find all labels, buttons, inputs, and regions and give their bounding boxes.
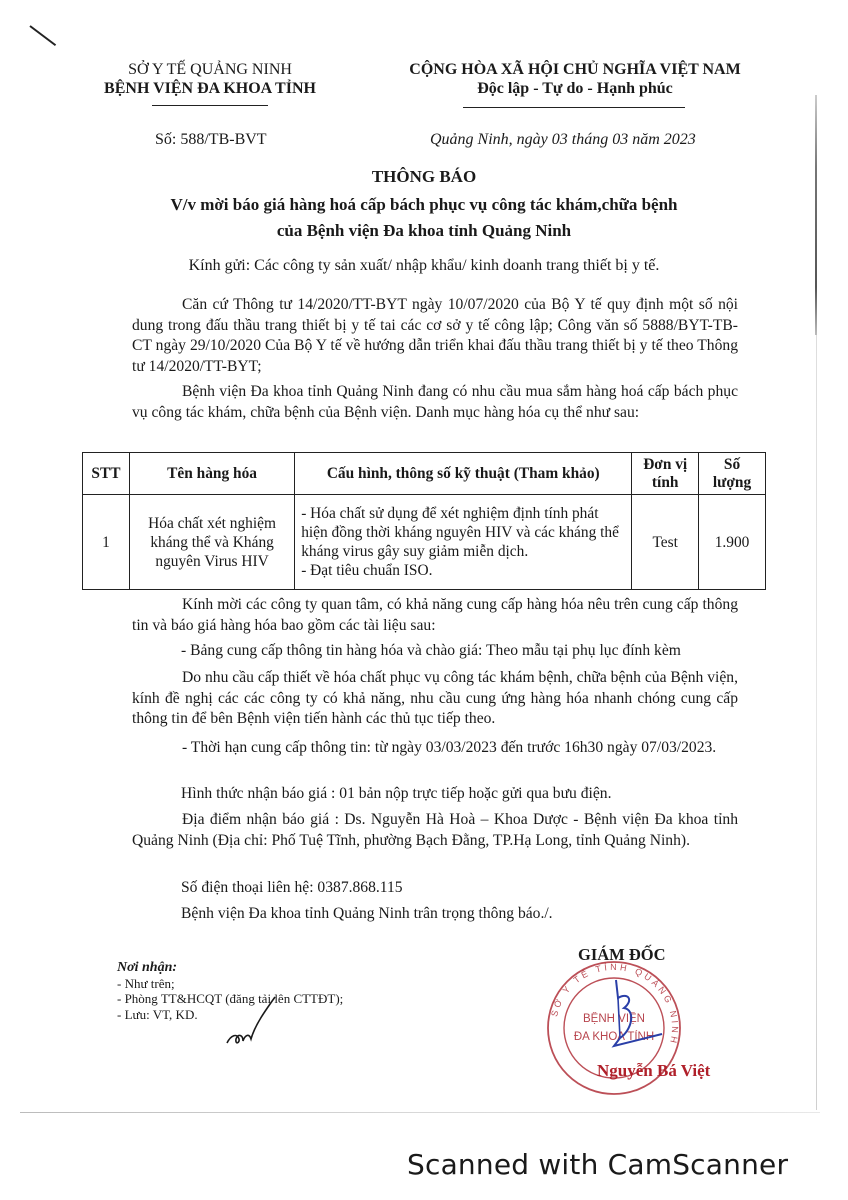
recipients-heading: Nơi nhận: xyxy=(117,960,343,976)
col-quantity: Số lượng xyxy=(699,453,766,495)
document-title: THÔNG BÁO xyxy=(0,167,848,187)
recipient-item: - Như trên; xyxy=(117,976,343,992)
need-paragraph: Bệnh viện Đa khoa tỉnh Quảng Ninh đang c… xyxy=(132,382,738,423)
cell-quantity: 1.900 xyxy=(699,495,766,590)
legal-basis-paragraph: Căn cứ Thông tư 14/2020/TT-BYT ngày 10/0… xyxy=(132,295,738,377)
page-edge xyxy=(816,335,817,1110)
divider xyxy=(463,107,685,108)
receive-place-paragraph: Địa điểm nhận báo giá : Ds. Nguyễn Hà Ho… xyxy=(132,810,738,851)
document-number: Số: 588/TB-BVT xyxy=(155,131,267,149)
table-row: 1 Hóa chất xét nghiệm kháng thể và Kháng… xyxy=(83,495,766,590)
col-spec: Cấu hình, thông số kỹ thuật (Tham khảo) xyxy=(295,453,632,495)
closing-line: Bệnh viện Đa khoa tỉnh Quảng Ninh trân t… xyxy=(181,905,553,923)
contact-phone: Số điện thoại liên hệ: 0387.868.115 xyxy=(181,879,403,897)
urgency-paragraph: Do nhu cầu cấp thiết về hóa chất phục vụ… xyxy=(132,668,738,730)
scan-mark xyxy=(29,25,56,46)
invitation-paragraph: Kính mời các công ty quan tâm, có khả nă… xyxy=(132,595,738,636)
goods-table: STT Tên hàng hóa Cấu hình, thông số kỹ t… xyxy=(82,452,766,590)
subject-line: của Bệnh viện Đa khoa tỉnh Quảng Ninh xyxy=(0,218,848,244)
signer-name: Nguyễn Bá Việt xyxy=(597,1061,710,1081)
document-subject: V/v mời báo giá hàng hoá cấp bách phục v… xyxy=(0,192,848,244)
issuer-hospital: BỆNH VIỆN ĐA KHOA TỈNH xyxy=(100,79,320,98)
signer-position: GIÁM ĐỐC xyxy=(578,945,666,965)
addressee: Kính gửi: Các công ty sản xuất/ nhập khẩ… xyxy=(0,257,848,275)
spec-line: - Đạt tiêu chuẩn ISO. xyxy=(301,561,626,580)
place-date: Quảng Ninh, ngày 03 tháng 03 năm 2023 xyxy=(430,131,696,149)
col-name: Tên hàng hóa xyxy=(129,453,294,495)
deadline-paragraph: - Thời hạn cung cấp thông tin: từ ngày 0… xyxy=(132,738,738,759)
table-header-row: STT Tên hàng hóa Cấu hình, thông số kỹ t… xyxy=(83,453,766,495)
receive-method: Hình thức nhận báo giá : 01 bản nộp trực… xyxy=(181,785,611,803)
page-edge xyxy=(20,1112,820,1113)
issuer-block: SỞ Y TẾ QUẢNG NINH BỆNH VIỆN ĐA KHOA TỈN… xyxy=(100,60,320,98)
svg-text:BỆNH VIỆN: BỆNH VIỆN xyxy=(583,1012,645,1025)
cell-spec: - Hóa chất sử dụng để xét nghiệm định tí… xyxy=(295,495,632,590)
document-list-item: - Bảng cung cấp thông tin hàng hóa và ch… xyxy=(181,642,681,660)
initials-scribble-icon xyxy=(225,995,285,1050)
issuer-department: SỞ Y TẾ QUẢNG NINH xyxy=(100,60,320,79)
cell-stt: 1 xyxy=(83,495,130,590)
spec-line: - Hóa chất sử dụng để xét nghiệm định tí… xyxy=(301,504,626,561)
national-motto: Độc lập - Tự do - Hạnh phúc xyxy=(380,79,770,98)
camscanner-watermark: Scanned with CamScanner xyxy=(407,1148,788,1181)
col-stt: STT xyxy=(83,453,130,495)
svg-text:ĐA KHOA TỈNH: ĐA KHOA TỈNH xyxy=(574,1030,654,1043)
national-title: CỘNG HÒA XÃ HỘI CHỦ NGHĨA VIỆT NAM xyxy=(380,60,770,79)
cell-unit: Test xyxy=(632,495,699,590)
col-unit: Đơn vị tính xyxy=(632,453,699,495)
subject-line: V/v mời báo giá hàng hoá cấp bách phục v… xyxy=(0,192,848,218)
divider xyxy=(152,105,268,106)
cell-name: Hóa chất xét nghiệm kháng thể và Kháng n… xyxy=(129,495,294,590)
national-motto-block: CỘNG HÒA XÃ HỘI CHỦ NGHĨA VIỆT NAM Độc l… xyxy=(380,60,770,98)
